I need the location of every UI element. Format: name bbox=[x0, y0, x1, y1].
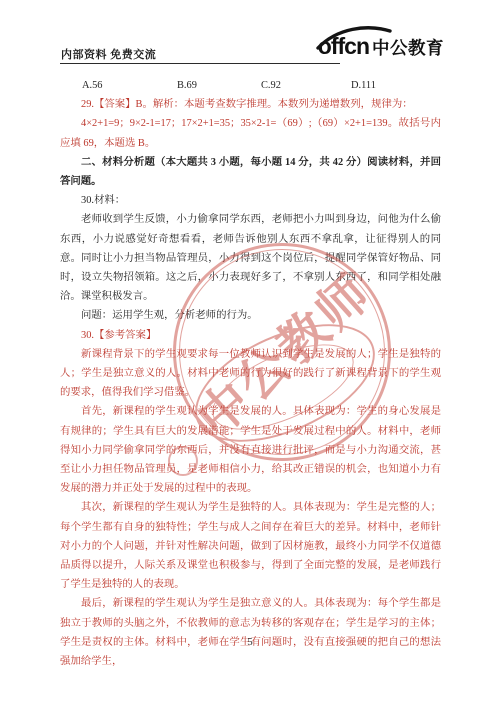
section-heading: 二、材料分析题（本大题共 3 小题，每小题 14 分，共 42 分）阅读材料，并… bbox=[60, 153, 441, 191]
answer-29-intro: 29.【答案】B。解析：本题考查数字推理。本数列为递增数列，规律为： bbox=[60, 95, 441, 114]
logo-cjk: 中公教育 bbox=[372, 40, 444, 58]
logo-latin: offcn bbox=[318, 35, 369, 58]
header-rule bbox=[60, 63, 340, 64]
page-number: 5 bbox=[0, 636, 500, 648]
offcn-logo: offcn 中公教育 bbox=[318, 35, 444, 58]
answer-options-row: A.56 B.69 C.92 D.111 bbox=[60, 76, 441, 95]
header-note: 内部资料 免费交流 bbox=[61, 46, 156, 62]
answer-30-paragraph-2: 首先，新课程的学生观认为学生是发展的人。具体表现为：学生的身心发展是有规律的；学… bbox=[60, 402, 441, 498]
material-label: 30.材料： bbox=[60, 191, 441, 210]
option-b: B.69 bbox=[177, 76, 261, 95]
answer-29-detail: 4×2+1=9；9×2-1=17；17×2+1=35；35×2-1=（69）;（… bbox=[60, 114, 441, 152]
answer-30-paragraph-1: 新课程背景下的学生观要求每一位教师认识到学生是发展的人；学生是独特的人；学生是独… bbox=[60, 345, 441, 403]
option-d: D.111 bbox=[351, 76, 376, 95]
option-a: A.56 bbox=[82, 76, 177, 95]
document-page: 内部资料 免费交流 offcn 中公教育 中公教师 A.56 B.69 C.92… bbox=[0, 0, 500, 702]
answer-30-paragraph-4: 最后，新课程的学生观认为学生是独立意义的人。具体表现为：每个学生都是独立于教师的… bbox=[60, 594, 441, 671]
material-text: 老师收到学生反馈，小力偷拿同学东西，老师把小力叫到身边，问他为什么偷东西，小力说… bbox=[60, 210, 441, 306]
option-c: C.92 bbox=[261, 76, 351, 95]
document-content: A.56 B.69 C.92 D.111 29.【答案】B。解析：本题考查数字推… bbox=[60, 76, 441, 671]
answer-30-paragraph-3: 其次，新课程的学生观认为学生是独特的人。具体表现为：学生是完整的人；每个学生都有… bbox=[60, 498, 441, 594]
answer-30-label: 30.【参考答案】 bbox=[60, 326, 441, 345]
question-line: 问题：运用学生观，分析老师的行为。 bbox=[60, 306, 441, 325]
